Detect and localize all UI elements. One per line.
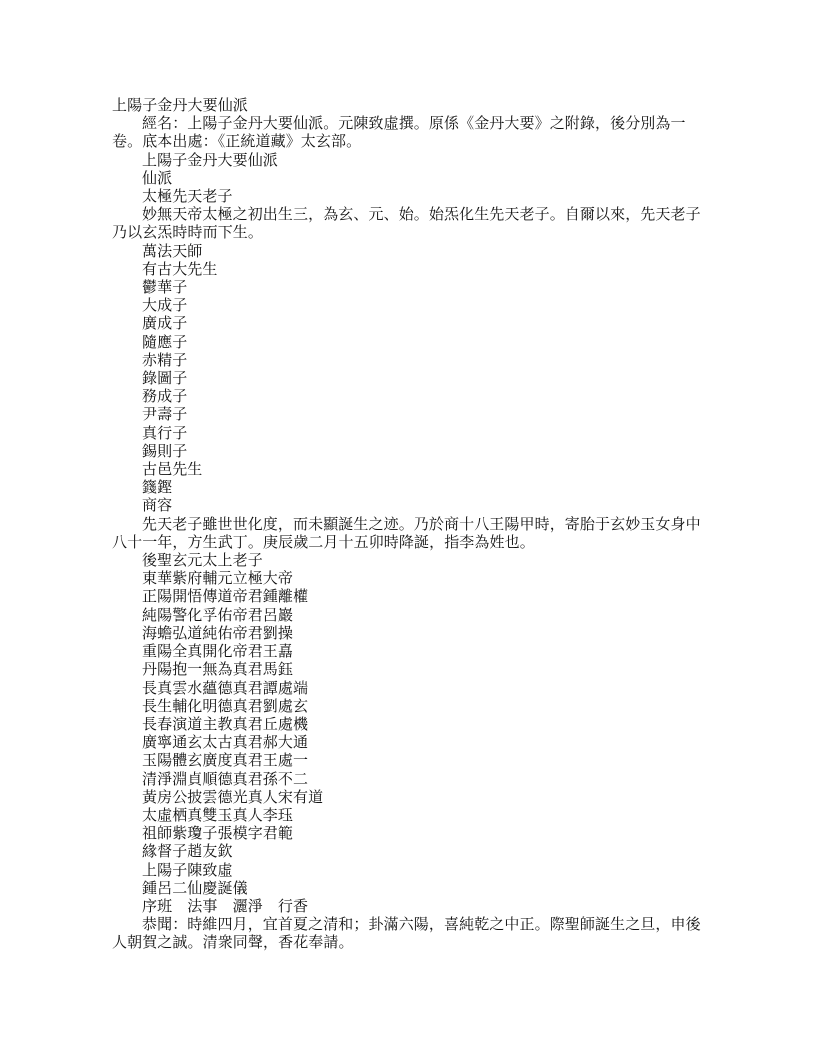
paragraph: 長春演道主教真君丘處機 [112,715,704,733]
paragraph: 上陽子陳致虛 [112,861,704,879]
paragraph: 古邑先生 [112,460,704,478]
paragraph: 恭聞：時維四月，宜首夏之清和；卦滿六陽，喜純乾之中正。際聖師誕生之旦，申後人朝賀… [112,915,704,951]
document-body: 經名：上陽子金丹大要仙派。元陳致虛撰。原係《金丹大要》之附錄，後分別為一卷。底本… [112,114,704,951]
document-page: 上陽子金丹大要仙派 經名：上陽子金丹大要仙派。元陳致虛撰。原係《金丹大要》之附錄… [112,96,704,952]
paragraph: 純陽警化孚佑帝君呂巖 [112,606,704,624]
paragraph: 妙無天帝太極之初出生三，為玄、元、始。始炁化生先天老子。自爾以來，先天老子乃以玄… [112,205,704,241]
paragraph: 太虛栖真雙玉真人李珏 [112,806,704,824]
paragraph: 玉陽體玄廣度真君王處一 [112,751,704,769]
paragraph: 長生輔化明德真君劉處玄 [112,697,704,715]
paragraph: 上陽子金丹大要仙派 [112,151,704,169]
paragraph: 大成子 [112,296,704,314]
paragraph: 後聖玄元太上老子 [112,551,704,569]
paragraph: 長真雲水蘊德真君譚處端 [112,679,704,697]
paragraph: 重陽全真開化帝君王嚞 [112,642,704,660]
paragraph: 海蟾弘道純佑帝君劉操 [112,624,704,642]
paragraph: 尹壽子 [112,405,704,423]
paragraph: 廣寧通玄太古真君郝大通 [112,733,704,751]
paragraph: 錫則子 [112,442,704,460]
paragraph: 祖師紫瓊子張模字君範 [112,824,704,842]
paragraph: 仙派 [112,169,704,187]
paragraph: 緣督子趙友欽 [112,842,704,860]
paragraph: 先天老子雖世世化度，而未顯誕生之迹。乃於商十八王陽甲時，寄胎于玄妙玉女身中八十一… [112,515,704,551]
paragraph: 正陽開悟傳道帝君鍾離權 [112,587,704,605]
paragraph: 太極先天老子 [112,187,704,205]
paragraph: 清淨淵貞順德真君孫不二 [112,770,704,788]
document-title: 上陽子金丹大要仙派 [112,96,704,114]
paragraph: 商容 [112,496,704,514]
paragraph: 籛鏗 [112,478,704,496]
paragraph: 東華紫府輔元立極大帝 [112,569,704,587]
paragraph: 鬱華子 [112,278,704,296]
paragraph: 萬法天師 [112,242,704,260]
paragraph: 鍾呂二仙慶誕儀 [112,879,704,897]
paragraph: 真行子 [112,424,704,442]
paragraph: 經名：上陽子金丹大要仙派。元陳致虛撰。原係《金丹大要》之附錄，後分別為一卷。底本… [112,114,704,150]
paragraph: 黃房公披雲德光真人宋有道 [112,788,704,806]
paragraph: 廣成子 [112,314,704,332]
paragraph: 丹陽抱一無為真君馬鈺 [112,660,704,678]
paragraph: 隨應子 [112,333,704,351]
paragraph: 序班 法事 灑淨 行香 [112,897,704,915]
paragraph: 務成子 [112,387,704,405]
paragraph: 赤精子 [112,351,704,369]
paragraph: 錄圖子 [112,369,704,387]
paragraph: 有古大先生 [112,260,704,278]
